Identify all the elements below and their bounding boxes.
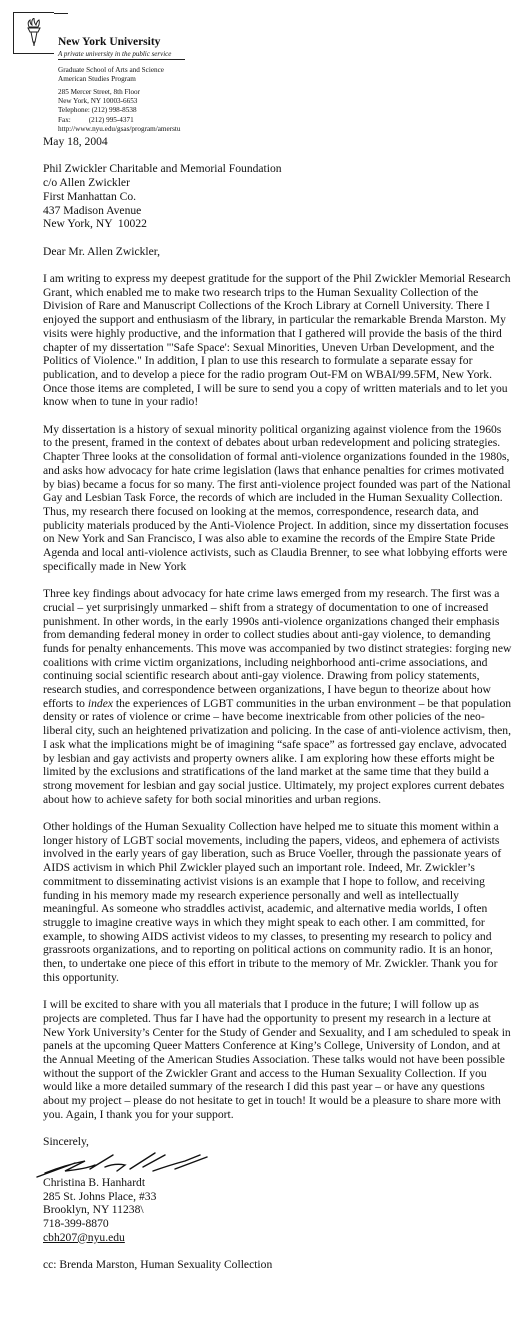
sender-email-link[interactable]: cbh207@nyu.edu <box>43 1231 513 1245</box>
fax: Fax: (212) 995-4371 <box>58 116 181 125</box>
paragraph-3-part-b: the experiences of LGBT communities in t… <box>43 697 511 806</box>
paragraph-3: Three key findings about advocacy for ha… <box>43 587 513 806</box>
paragraph-3-part-a: Three key findings about advocacy for ha… <box>43 587 511 710</box>
recipient-line: Phil Zwickler Charitable and Memorial Fo… <box>43 162 513 176</box>
sender-street: 285 St. Johns Place, #33 <box>43 1190 513 1204</box>
salutation: Dear Mr. Allen Zwickler, <box>43 245 513 259</box>
recipient-address: Phil Zwickler Charitable and Memorial Fo… <box>43 162 513 231</box>
emphasis-index: index <box>88 697 113 710</box>
recipient-line: First Manhattan Co. <box>43 190 513 204</box>
program-name: American Studies Program <box>58 75 164 84</box>
telephone: Telephone: (212) 998-8538 <box>58 106 181 115</box>
recipient-line: New York, NY 10022 <box>43 217 513 231</box>
recipient-line: c/o Allen Zwickler <box>43 176 513 190</box>
paragraph-2: My dissertation is a history of sexual m… <box>43 423 513 574</box>
sender-phone: 718-399-8870 <box>43 1217 513 1231</box>
cc-line: cc: Brenda Marston, Human Sexuality Coll… <box>43 1258 513 1272</box>
letter-body: May 18, 2004 Phil Zwickler Charitable an… <box>43 135 513 1286</box>
signature-image <box>35 1151 215 1179</box>
recipient-line: 437 Madison Avenue <box>43 204 513 218</box>
street-address: 285 Mercer Street, 8th Floor <box>58 88 181 97</box>
contact-block: 285 Mercer Street, 8th Floor New York, N… <box>58 88 181 134</box>
website-url: http://www.nyu.edu/gsas/program/amerstu <box>58 125 181 134</box>
university-name: New York University <box>58 36 160 48</box>
nyu-logo <box>13 12 54 54</box>
school-name: Graduate School of Arts and Science <box>58 66 164 75</box>
sender-city: Brooklyn, NY 11238\ <box>43 1203 513 1217</box>
city-address: New York, NY 10003-6653 <box>58 97 181 106</box>
paragraph-4: Other holdings of the Human Sexuality Co… <box>43 820 513 984</box>
torch-icon <box>25 18 43 48</box>
sender-name: Christina B. Hanhardt <box>43 1176 513 1190</box>
paragraph-5: I will be excited to share with you all … <box>43 998 513 1121</box>
paragraph-1: I am writing to express my deepest grati… <box>43 272 513 409</box>
letter-date: May 18, 2004 <box>43 135 513 149</box>
university-tagline: A private university in the public servi… <box>58 50 185 60</box>
closing: Sincerely, <box>43 1135 513 1149</box>
department-block: Graduate School of Arts and Science Amer… <box>58 66 164 84</box>
sender-block: Christina B. Hanhardt 285 St. Johns Plac… <box>43 1176 513 1245</box>
